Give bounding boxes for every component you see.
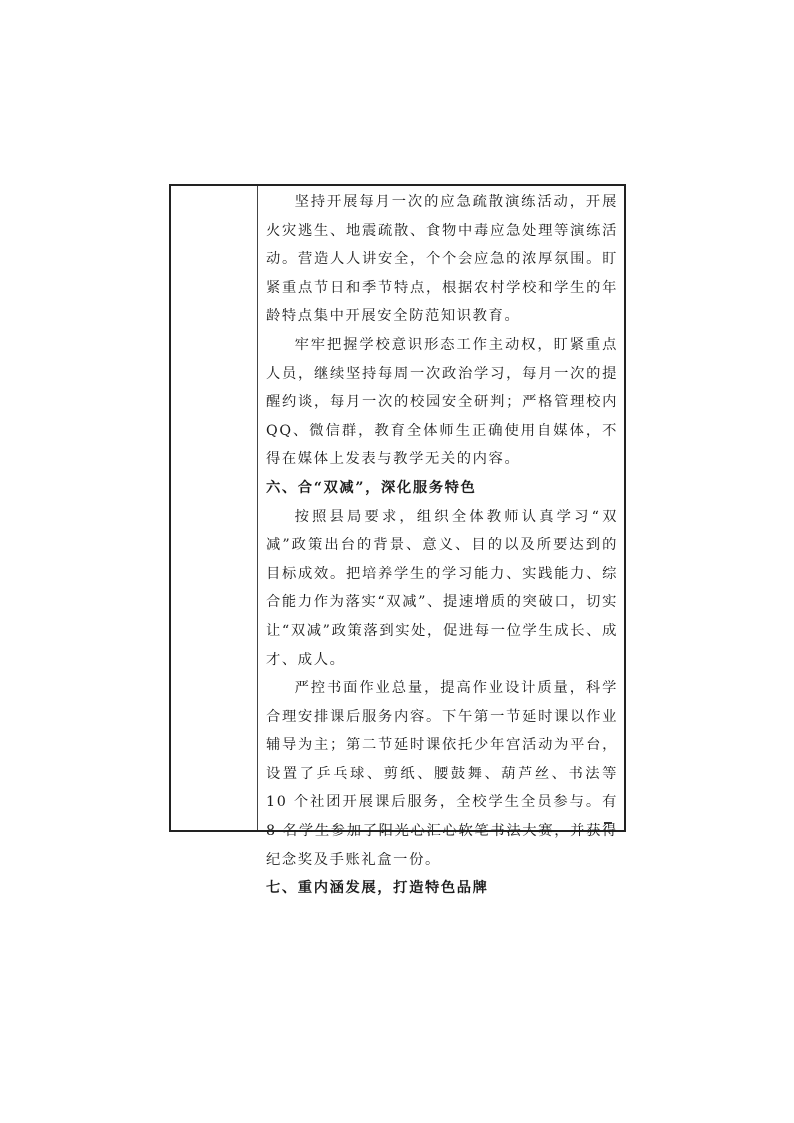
section-heading-seven: 七、重内涵发展，打造特色品牌 [266, 874, 618, 903]
table-left-column [171, 186, 258, 830]
paragraph-double-reduction-study: 按照县局要求，组织全体教师认真学习“双减”政策出台的背景、意义、目的以及所要达到… [266, 503, 618, 675]
paragraph-safety-drills: 坚持开展每月一次的应急疏散演练活动，开展火灾逃生、地震疏散、食物中毒应急处理等演… [266, 188, 618, 331]
scan-mark [604, 822, 612, 824]
paragraph-ideology-work: 牢牢把握学校意识形态工作主动权，盯紧重点人员，继续坚持每周一次政治学习，每月一次… [266, 331, 618, 474]
document-table: 坚持开展每月一次的应急疏散演练活动，开展火灾逃生、地震疏散、食物中毒应急处理等演… [169, 184, 626, 832]
paragraph-after-school-service: 严控书面作业总量，提高作业设计质量，科学合理安排课后服务内容。下午第一节延时课以… [266, 674, 618, 874]
section-heading-six: 六、合“双减”，深化服务特色 [266, 474, 618, 503]
table-content-cell: 坚持开展每月一次的应急疏散演练活动，开展火灾逃生、地震疏散、食物中毒应急处理等演… [260, 186, 624, 903]
